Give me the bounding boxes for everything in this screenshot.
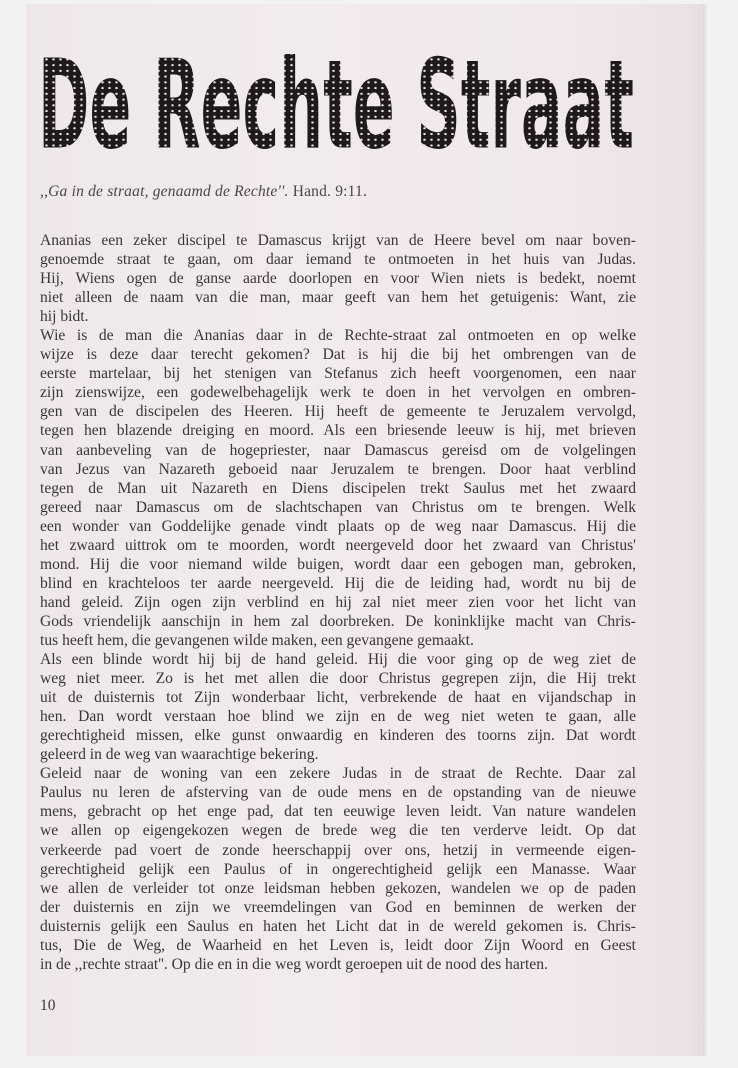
text-line: gereed naar Damascus om de slachtschapen… — [40, 498, 636, 517]
text-line: wijze is deze daar terecht gekomen? Dat … — [40, 345, 636, 364]
text-line: tegen hen blazende dreiging en moord. Al… — [40, 421, 636, 440]
body-text: Ananias een zeker discipel te Damascus k… — [40, 231, 636, 974]
text-line: mens, gebracht op het enge pad, dat ten … — [40, 802, 636, 821]
text-line: een wonder van Goddelijke genade vindt p… — [40, 517, 636, 536]
paragraph: Ananias een zeker discipel te Damascus k… — [40, 231, 636, 326]
text-line: Als een blinde wordt hij bij de hand gel… — [40, 650, 636, 669]
text-line: Gods vriendelijk aanschijn in hem zal do… — [40, 612, 636, 631]
text-line: we allen op eigengekozen wegen de brede … — [40, 821, 636, 840]
text-line: duisternis gelijk een Saulus en haten he… — [40, 917, 636, 936]
text-line: geleerd in de weg van waarachtige bekeri… — [40, 745, 636, 764]
epigraph-reference: Hand. 9:11. — [293, 183, 367, 200]
text-line: van Jezus van Nazareth geboeid naar Jeru… — [40, 460, 636, 479]
title-halftone-text: De Rechte Straat — [36, 36, 636, 160]
page-edge — [703, 4, 709, 1056]
text-line: tus heeft hem, die gevangenen wilde make… — [40, 631, 636, 650]
text-line: het zwaard uittrok om te moorden, wordt … — [40, 536, 636, 555]
text-line: eerste martelaar, bij het stenigen van S… — [40, 364, 636, 383]
paragraph: Als een blinde wordt hij bij de hand gel… — [40, 650, 636, 764]
text-line: der duisternis en zijn we vreemdelingen … — [40, 898, 636, 917]
text-line: gerechtigheid gelijk een Paulus of in on… — [40, 860, 636, 879]
text-line: hand geleid. Zijn ogen zijn verblind en … — [40, 593, 636, 612]
epigraph-quote: ,,Ga in de straat, genaamd de Rechte''. — [40, 183, 289, 200]
text-line: verkeerde pad voert de zonde heerschappi… — [40, 841, 636, 860]
text-line: Wie is de man die Ananias daar in de Rec… — [40, 326, 636, 345]
text-line: tegen de Man uit Nazareth en Diens disci… — [40, 479, 636, 498]
text-line: hij bidt. — [40, 307, 636, 326]
epigraph: ,,Ga in de straat, genaamd de Rechte''. … — [40, 183, 367, 201]
text-line: zijn zienswijze, een godewelbehagelijk w… — [40, 383, 636, 402]
text-line: genoemde straat te gaan, om daar iemand … — [40, 250, 636, 269]
text-line: mond. Hij die voor niemand wilde buigen,… — [40, 555, 636, 574]
text-line: we allen de verleider tot onze leidsman … — [40, 879, 636, 898]
text-line: tus, Die de Weg, de Waarheid en het Leve… — [40, 936, 636, 955]
text-line: Paulus nu leren de afsterving van de oud… — [40, 783, 636, 802]
text-line: in de ,,rechte straat''. Op die en in di… — [40, 955, 636, 974]
text-line: Ananias een zeker discipel te Damascus k… — [40, 231, 636, 250]
text-line: blind en krachteloos ter aarde neergevel… — [40, 574, 636, 593]
text-line: van aanbeveling van de hogepriester, naa… — [40, 441, 636, 460]
paragraph: Geleid naar de woning van een zekere Jud… — [40, 764, 636, 974]
text-line: weg niet meer. Zo is het met allen die d… — [40, 669, 636, 688]
title-text: De Rechte Straat — [38, 36, 634, 160]
text-line: Geleid naar de woning van een zekere Jud… — [40, 764, 636, 783]
text-line: gerechtigheid missen, elke gunst onwaard… — [40, 726, 636, 745]
text-line: gen van de discipelen des Heeren. Hij he… — [40, 402, 636, 421]
page-title: De Rechte Straat — [36, 36, 636, 160]
text-line: niet alleen de naam van die man, maar ge… — [40, 288, 636, 307]
text-line: uit de duisternis tot Zijn wonderbaar li… — [40, 688, 636, 707]
paragraph: Wie is de man die Ananias daar in de Rec… — [40, 326, 636, 650]
text-line: hen. Dan wordt verstaan hoe blind we zij… — [40, 707, 636, 726]
text-line: Hij, Wiens ogen de ganse aarde doorlopen… — [40, 269, 636, 288]
page-number: 10 — [40, 997, 56, 1015]
